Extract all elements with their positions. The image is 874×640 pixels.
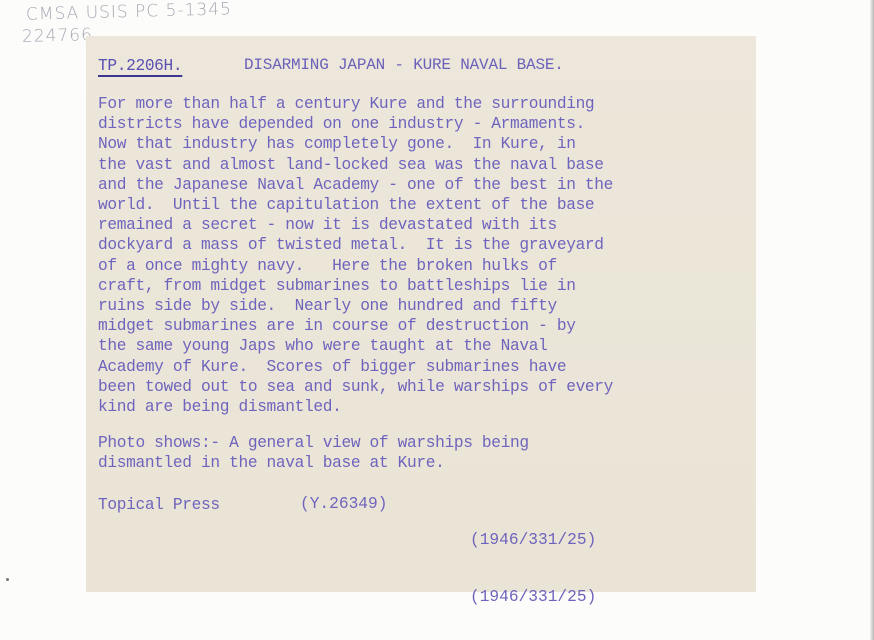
text-line: dismantled in the naval base at Kure. xyxy=(98,453,529,473)
text-line: districts have depended on one industry … xyxy=(98,114,613,134)
text-line: world. Until the capitulation the extent… xyxy=(98,195,613,215)
text-line: Now that industry has completely gone. I… xyxy=(98,134,613,154)
text-line: the same young Japs who were taught at t… xyxy=(98,336,613,356)
text-line: Academy of Kure. Scores of bigger submar… xyxy=(98,357,613,377)
archive-mark-line2: 224766 xyxy=(22,25,93,47)
photo-caption: Photo shows:- A general view of warships… xyxy=(98,433,529,473)
date-codes: (1946/331/25) (1946/331/25) xyxy=(470,493,596,640)
text-line: dockyard a mass of twisted metal. It is … xyxy=(98,235,613,255)
text-line: ruins side by side. Nearly one hundred a… xyxy=(98,296,613,316)
photo-credit: Topical Press xyxy=(98,495,220,515)
text-line: remained a secret - now it is devastated… xyxy=(98,215,613,235)
reference-code: TP.2206H. xyxy=(98,56,182,76)
text-line: midget submarines are in course of destr… xyxy=(98,316,613,336)
text-line: kind are being dismantled. xyxy=(98,397,613,417)
text-line: For more than half a century Kure and th… xyxy=(98,94,613,114)
date-code-1: (1946/331/25) xyxy=(470,531,596,550)
text-line: the vast and almost land-locked sea was … xyxy=(98,155,613,175)
dust-speck xyxy=(6,578,9,581)
sheet-edge xyxy=(870,0,874,640)
text-line: craft, from midget submarines to battles… xyxy=(98,276,613,296)
text-line: and the Japanese Naval Academy - one of … xyxy=(98,175,613,195)
body-text: For more than half a century Kure and th… xyxy=(98,94,613,417)
text-line: been towed out to sea and sunk, while wa… xyxy=(98,377,613,397)
document-title: DISARMING JAPAN - KURE NAVAL BASE. xyxy=(244,56,564,74)
text-line: Photo shows:- A general view of warships… xyxy=(98,433,529,453)
text-line: of a once mighty navy. Here the broken h… xyxy=(98,256,613,276)
date-code-2: (1946/331/25) xyxy=(470,588,596,607)
reference-number: (Y.26349) xyxy=(300,495,387,513)
typed-caption-card: TP.2206H. DISARMING JAPAN - KURE NAVAL B… xyxy=(86,36,756,592)
